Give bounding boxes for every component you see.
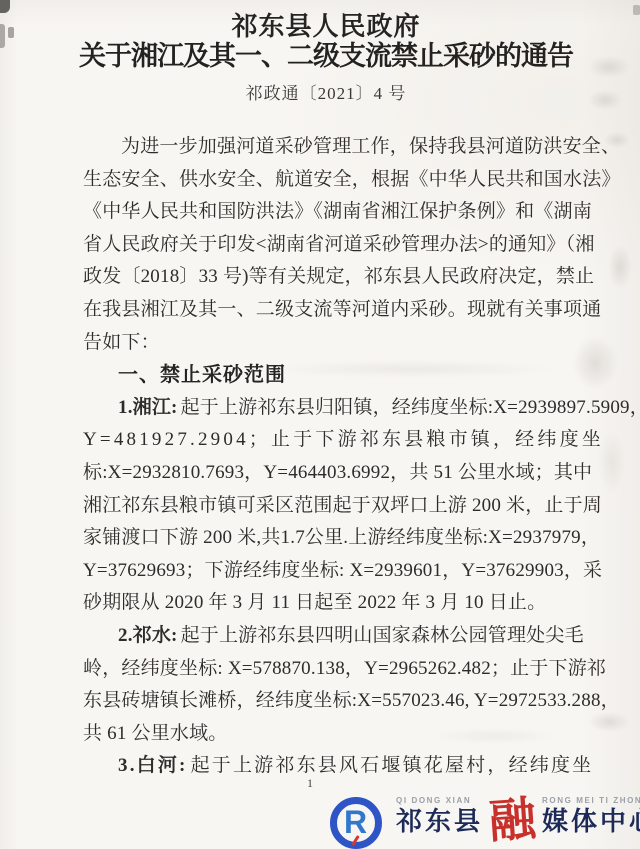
- text-run: 生态安全、供水安全、航道安全，根据《中华人民共和国水法》: [83, 169, 621, 190]
- text-run: 《中华人民共和国防洪法》《湖南省湘江保护条例》和《湖南: [83, 201, 592, 222]
- bold-run: 3.白河:: [118, 755, 188, 776]
- body-line: 在我县湘江及其一、二级支流等河道内采砂。现就有关事项通: [80, 294, 572, 327]
- text-run: 为进一步加强河道采砂管理工作，保持我县河道防洪安全、: [121, 136, 620, 157]
- body-line: 1.湘江:起于上游祁东县归阳镇，经纬度坐标:X=2939897.5909，: [80, 392, 572, 425]
- body-line: 告如下：: [80, 327, 572, 360]
- body-line: 为进一步加强河道采砂管理工作，保持我县河道防洪安全、: [80, 131, 572, 164]
- text-run: 岭，经纬度坐标: X=578870.138，Y=2965262.482；止于下游…: [83, 658, 606, 679]
- bold-run: 2.祁水:: [118, 625, 178, 646]
- bleedthrough-mark: [588, 90, 622, 110]
- text-run: 家铺渡口下游 200 米,共1.7公里.上游经纬度坐标:X=2937979，: [83, 527, 600, 548]
- body-line: 共 61 公里水域。: [80, 718, 572, 751]
- body-line: 2.祁水:起于上游祁东县四明山国家森林公园管理处尖毛: [80, 620, 572, 653]
- media-center-logo: R QI DONG XIAN 祁东县 融 RONG MEI TI ZHONG X…: [330, 795, 640, 849]
- bleedthrough-mark: [588, 712, 630, 732]
- document-number: 祁政通〔2021〕4 号: [80, 79, 572, 104]
- notice-body: 为进一步加强河道采砂管理工作，保持我县河道防洪安全、 生态安全、供水安全、航道安…: [80, 131, 572, 783]
- text-run: 起于上游祁东县风石堰镇花屋村，经纬度坐: [191, 755, 594, 776]
- body-line: 生态安全、供水安全、航道安全，根据《中华人民共和国水法》: [80, 164, 572, 197]
- text-run: 砂期限从 2020 年 3 月 11 日起至 2022 年 3 月 10 日止。: [83, 592, 546, 613]
- body-line: 省人民政府关于印发<湖南省河道采砂管理办法>的通知》（湘: [80, 229, 572, 262]
- section-heading: 一、禁止采砂范围: [80, 359, 572, 392]
- scan-speck: [633, 5, 640, 15]
- logo-right-text: RONG MEI TI ZHONG XIN 媒体中心: [542, 795, 640, 837]
- bleedthrough-mark: [588, 56, 630, 78]
- bold-run: 1.湘江:: [118, 397, 178, 418]
- body-line: 岭，经纬度坐标: X=578870.138，Y=2965262.482；止于下游…: [80, 653, 572, 686]
- text-run: 共 61 公里水域。: [83, 723, 228, 744]
- text-run: 起于上游祁东县四明山国家森林公园管理处尖毛: [181, 625, 584, 646]
- body-line: 家铺渡口下游 200 米,共1.7公里.上游经纬度坐标:X=2937979，: [80, 522, 572, 555]
- scan-speck: [0, 24, 5, 48]
- text-run: 在我县湘江及其一、二级支流等河道内采砂。现就有关事项通: [83, 299, 601, 320]
- body-line: 《中华人民共和国防洪法》《湖南省湘江保护条例》和《湖南: [80, 196, 572, 229]
- bleedthrough-mark: [608, 245, 632, 289]
- scan-speck: [0, 0, 10, 13]
- text-run: 湘江祁东县粮市镇可采区范围起于双坪口上游 200 米，止于周: [83, 495, 602, 516]
- logo-rong-character: 融: [487, 794, 537, 847]
- text-run: 省人民政府关于印发<湖南省河道采砂管理办法>的通知》（湘: [83, 234, 595, 255]
- body-line: 东县砖塘镇长滩桥，经纬度坐标:X=557023.46, Y=2972533.28…: [80, 685, 572, 718]
- body-line: Y=37629693；下游经纬度坐标: X=2939601，Y=37629903…: [80, 555, 572, 588]
- body-line: 湘江祁东县粮市镇可采区范围起于双坪口上游 200 米，止于周: [80, 490, 572, 523]
- body-line: 政发〔2018〕33 号)等有关规定，祁东县人民政府决定，禁止: [80, 261, 572, 294]
- bleedthrough-mark: [572, 336, 618, 390]
- page-number: 1: [80, 776, 540, 791]
- text-run: Y=481927.2904；止于下游祁东县粮市镇，经纬度坐: [83, 429, 604, 450]
- text-run: 起于上游祁东县归阳镇，经纬度坐标:X=2939897.5909，: [181, 397, 640, 418]
- logo-pinyin-left: QI DONG XIAN: [396, 795, 483, 807]
- body-line: 砂期限从 2020 年 3 月 11 日起至 2022 年 3 月 10 日止。: [80, 587, 572, 620]
- body-line: Y=481927.2904；止于下游祁东县粮市镇，经纬度坐: [80, 424, 572, 457]
- logo-left-text: QI DONG XIAN 祁东县: [396, 795, 483, 837]
- text-run: 政发〔2018〕33 号)等有关规定，祁东县人民政府决定，禁止: [83, 266, 594, 287]
- logo-r-icon: R: [330, 797, 382, 849]
- notice-title: 关于湘江及其一、二级支流禁止采砂的通告: [70, 34, 582, 73]
- logo-media-center-text: 媒体中心: [542, 807, 640, 837]
- logo-pinyin-right: RONG MEI TI ZHONG XIN: [542, 795, 640, 807]
- text-run: Y=37629693；下游经纬度坐标: X=2939601，Y=37629903…: [83, 560, 602, 581]
- text-run: 标:X=2932810.7693，Y=464403.6992，共 51 公里水域…: [83, 462, 592, 483]
- body-line: 标:X=2932810.7693，Y=464403.6992，共 51 公里水域…: [80, 457, 572, 490]
- text-run: 东县砖塘镇长滩桥，经纬度坐标:X=557023.46, Y=2972533.28…: [83, 690, 620, 711]
- text-run: 告如下：: [83, 332, 160, 353]
- scan-speck: [8, 27, 14, 38]
- scanned-notice-page: 祁东县人民政府 关于湘江及其一、二级支流禁止采砂的通告 祁政通〔2021〕4 号…: [0, 0, 640, 849]
- bold-run: 一、禁止采砂范围: [118, 364, 286, 386]
- logo-county-name: 祁东县: [396, 807, 483, 837]
